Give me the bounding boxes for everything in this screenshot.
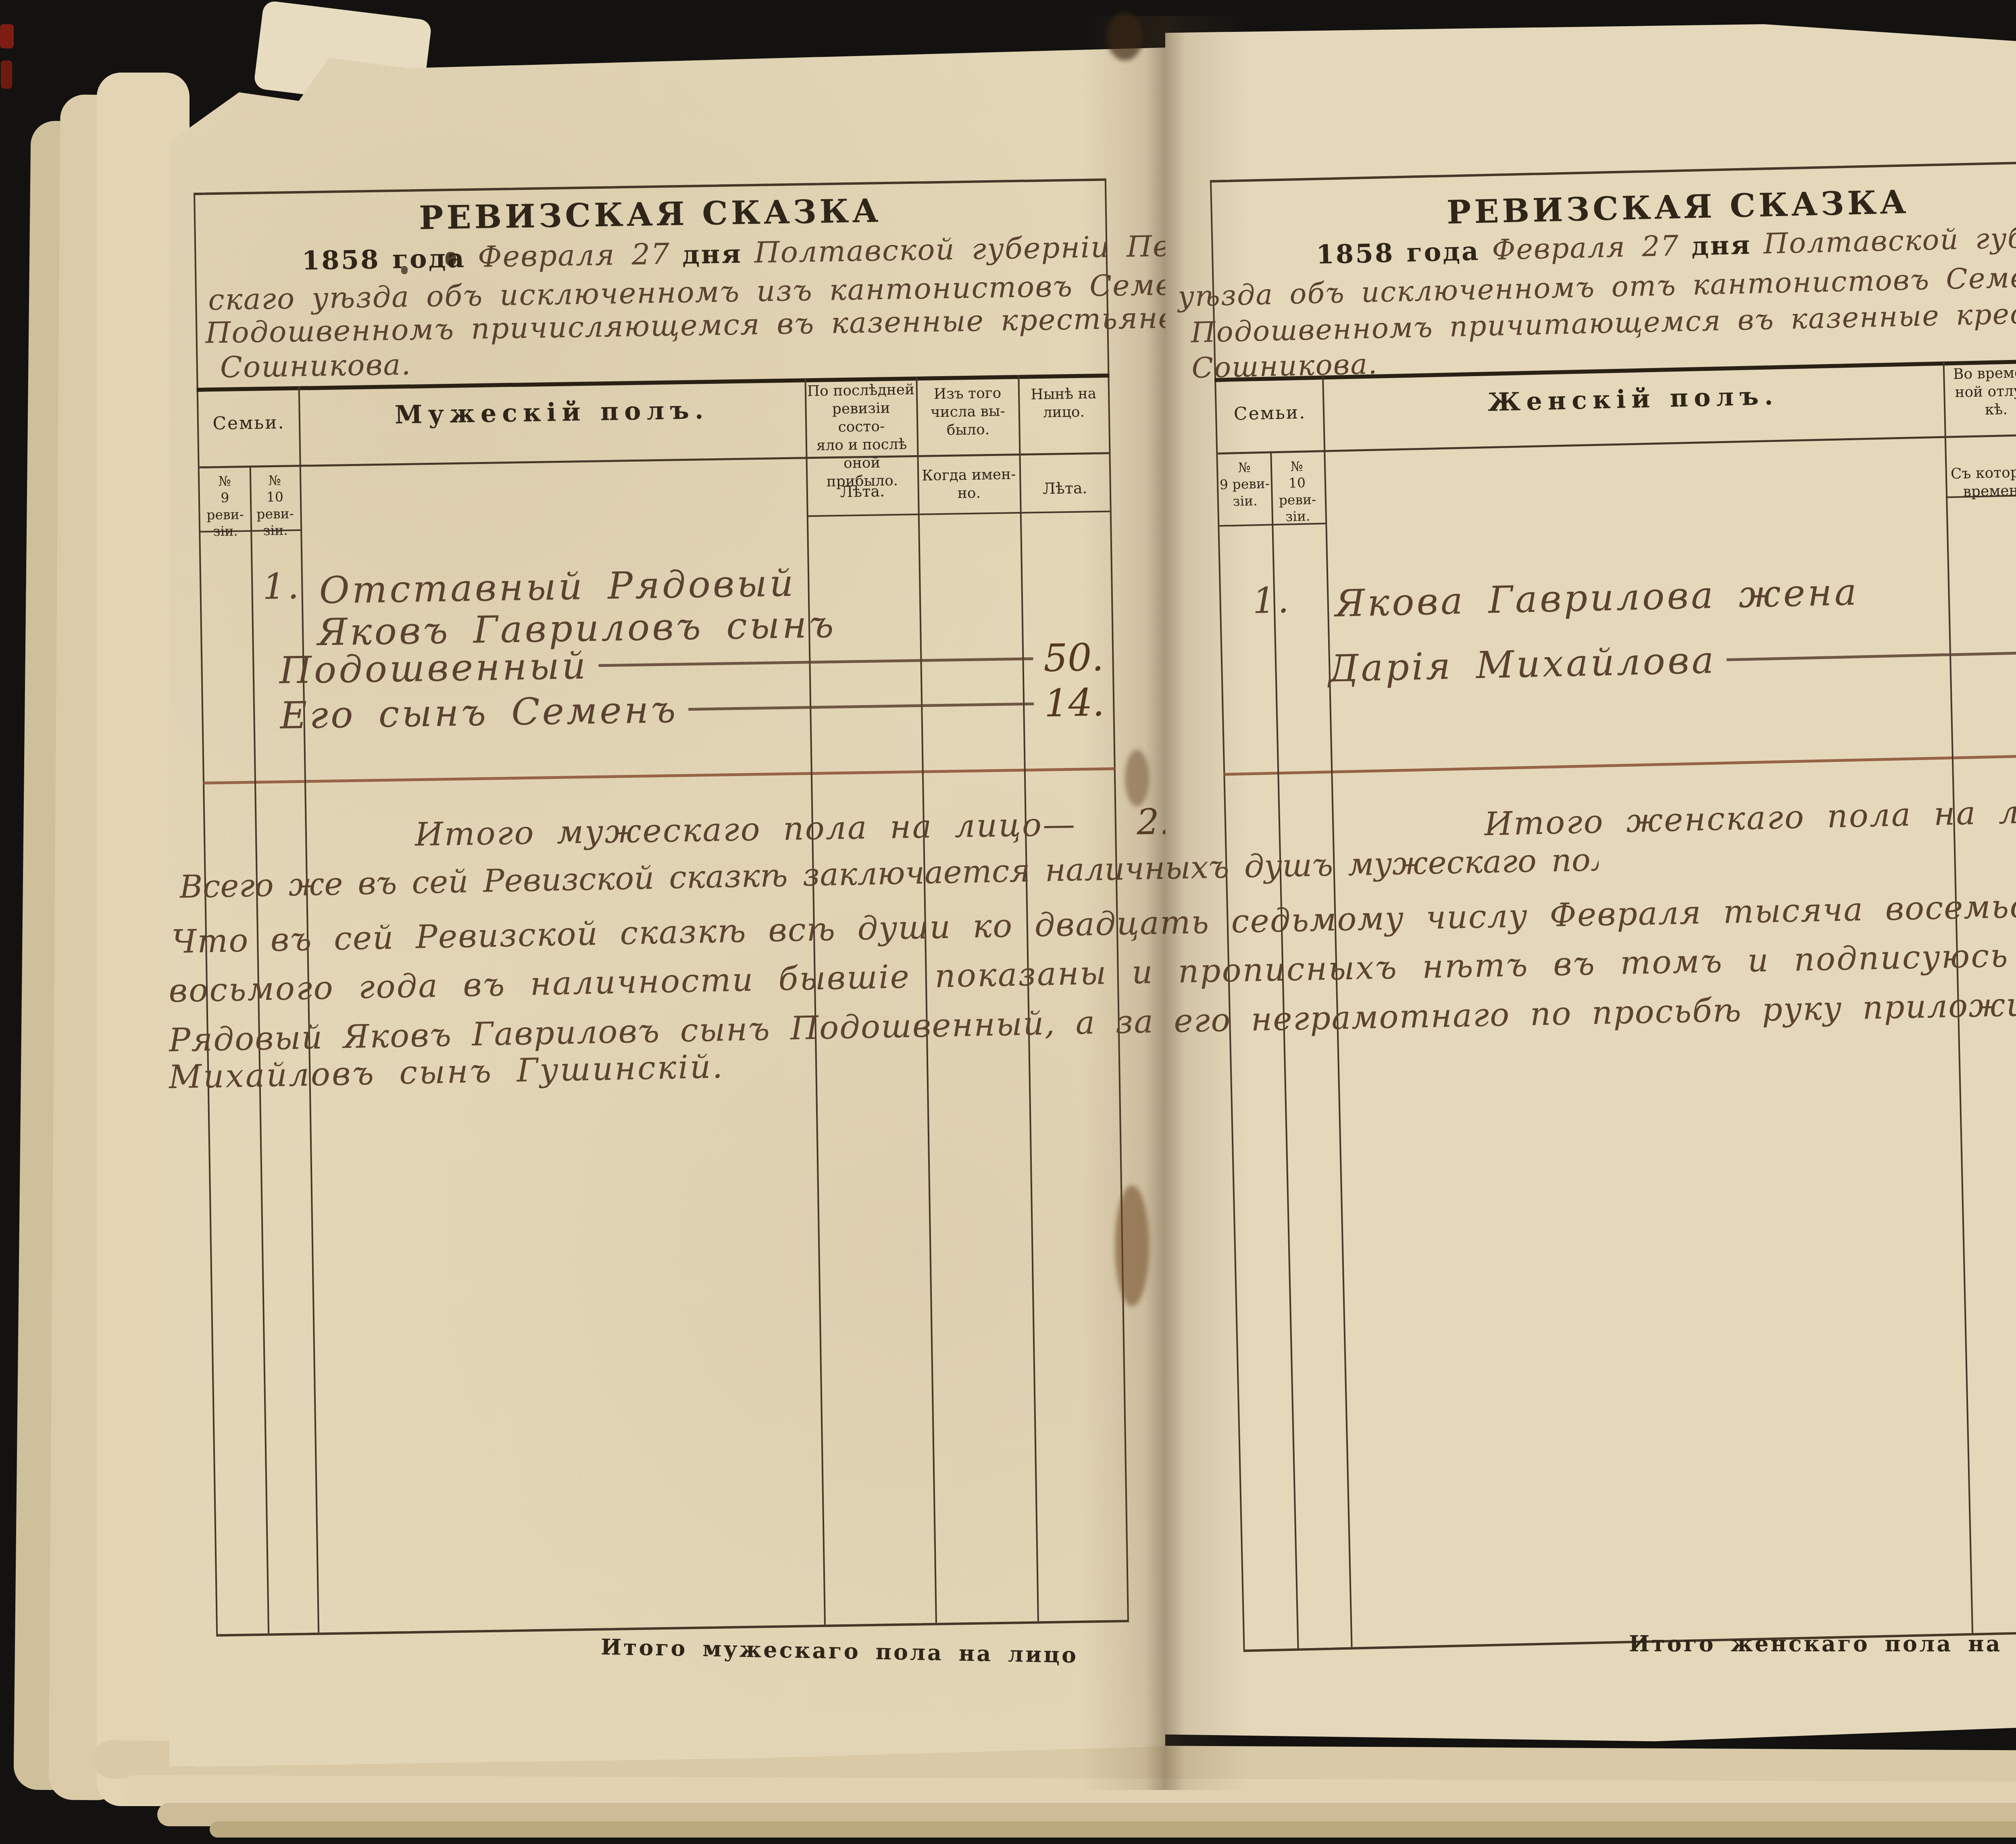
fill-dash <box>689 702 1034 710</box>
table-line <box>1218 431 2016 454</box>
column-header-revision-10: № 10 реви- зіи. <box>250 472 300 539</box>
gutter-stain-bottom <box>1115 1185 1149 1306</box>
total-note-label: Итого мужескаго пола на лицо— <box>414 805 1076 853</box>
fill-dash <box>1727 650 2016 661</box>
entry-row-with-age: Дарія Михайлова 45. <box>1328 628 2016 691</box>
fill-dash <box>598 657 1033 667</box>
column-header-revision-10: № 10 реви- зіи. <box>1271 458 1324 525</box>
column-header-departed: Изъ того числа вы- было. <box>918 384 1018 440</box>
column-subheader-since: Съ котораго времени. <box>1947 463 2016 502</box>
table-line <box>807 510 1110 517</box>
entry-line: Его сынъ Семенъ <box>280 688 679 737</box>
right-page: РЕВИЗСКАЯ СКАЗКА 1858 года Февраля 27 дн… <box>1165 24 2016 1752</box>
column-header-family: Семьи. <box>1216 401 1323 426</box>
footer-label-female: Итого женскаго пола на лицо <box>1629 1631 2016 1657</box>
footer-label-male: Итого мужескаго пола на лицо <box>601 1634 1079 1668</box>
handwritten-date: Февраля 27 <box>1491 229 1680 266</box>
column-subheader-leta-2: Лѣта. <box>1021 478 1109 499</box>
page-stack-bottom-4 <box>210 1821 2016 1838</box>
column-header-family: Семьи. <box>199 411 299 435</box>
age-value: 50. <box>1043 636 1104 681</box>
table-line <box>916 377 937 1623</box>
printed-year-word: года <box>1406 236 1480 268</box>
column-header-absence: Во времен- ной отлуч- кѣ. <box>1945 363 2016 420</box>
header-line-4: Сошникова. <box>1191 347 1379 384</box>
ink-rule-line <box>1223 752 2016 776</box>
column-header-last-revision: По послѣдней ревизіи состо- яло и послѣ … <box>806 381 917 491</box>
age-value: 14. <box>1044 681 1105 726</box>
entry-line: Подошвенный <box>279 644 588 692</box>
gutter-stain-top <box>1107 12 1143 60</box>
printed-year: 1858 <box>302 245 380 276</box>
family-number: 1. <box>262 565 302 607</box>
paper-spot <box>446 252 456 266</box>
cover-red-mark-1 <box>0 24 14 48</box>
column-header-revision-9: № 9 реви- зіи. <box>200 472 250 540</box>
entry-line: Дарія Михайлова <box>1328 639 1716 691</box>
printed-day-word: дня <box>682 239 742 270</box>
ink-rule-line <box>203 767 1116 785</box>
printed-year: 1858 <box>1316 238 1395 270</box>
column-header-female: Женскій полъ. <box>1322 377 1944 421</box>
scanned-book-spread: РЕВИЗСКАЯ СКАЗКА 1858 года Февраля 27 дн… <box>0 0 2016 1844</box>
entry-line: Якова Гаврилова жена <box>1335 570 1860 625</box>
printed-day-word: дня <box>1691 230 1752 261</box>
table-line <box>804 378 826 1625</box>
table-line <box>1270 451 1299 1648</box>
column-header-male: Мужескій полъ. <box>298 393 805 431</box>
column-subheader-leta-1: Лѣта. <box>808 481 917 502</box>
family-number: 1. <box>1252 579 1291 621</box>
column-subheader-when: Когда имен- но. <box>919 465 1019 503</box>
table-line <box>1018 375 1039 1621</box>
total-note-male: Итого мужескаго пола на лицо— 2. <box>414 801 1170 854</box>
column-header-revision-9: № 9 реви- зіи. <box>1219 459 1271 510</box>
handwritten-date: Февраля 27 <box>477 237 671 273</box>
total-note-female: Итого женскаго пола на лицо- 1. <box>1484 786 2016 844</box>
column-header-present: Нынѣ на лицо. <box>1020 384 1108 422</box>
cover-red-mark-2 <box>1 60 12 89</box>
paper-spot <box>401 266 408 274</box>
table-line <box>298 386 320 1633</box>
header-line-4: Сошникова. <box>220 348 412 384</box>
total-note-label: Итого женскаго пола на лицо- <box>1484 791 2016 843</box>
gutter-stain-middle <box>1125 750 1149 806</box>
